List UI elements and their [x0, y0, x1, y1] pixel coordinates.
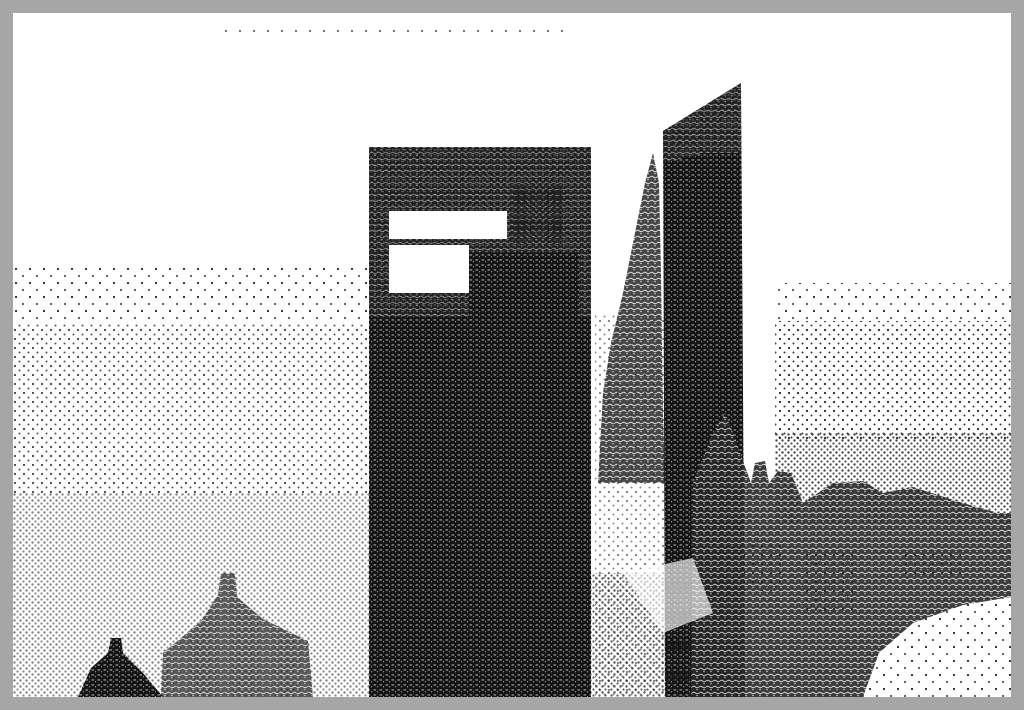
image-frame: [0, 0, 1024, 710]
photo-canvas: [13, 13, 1011, 697]
dithered-photograph: [13, 13, 1011, 697]
tall-tower: [369, 147, 591, 697]
horizon-haze-right: [775, 283, 1011, 523]
